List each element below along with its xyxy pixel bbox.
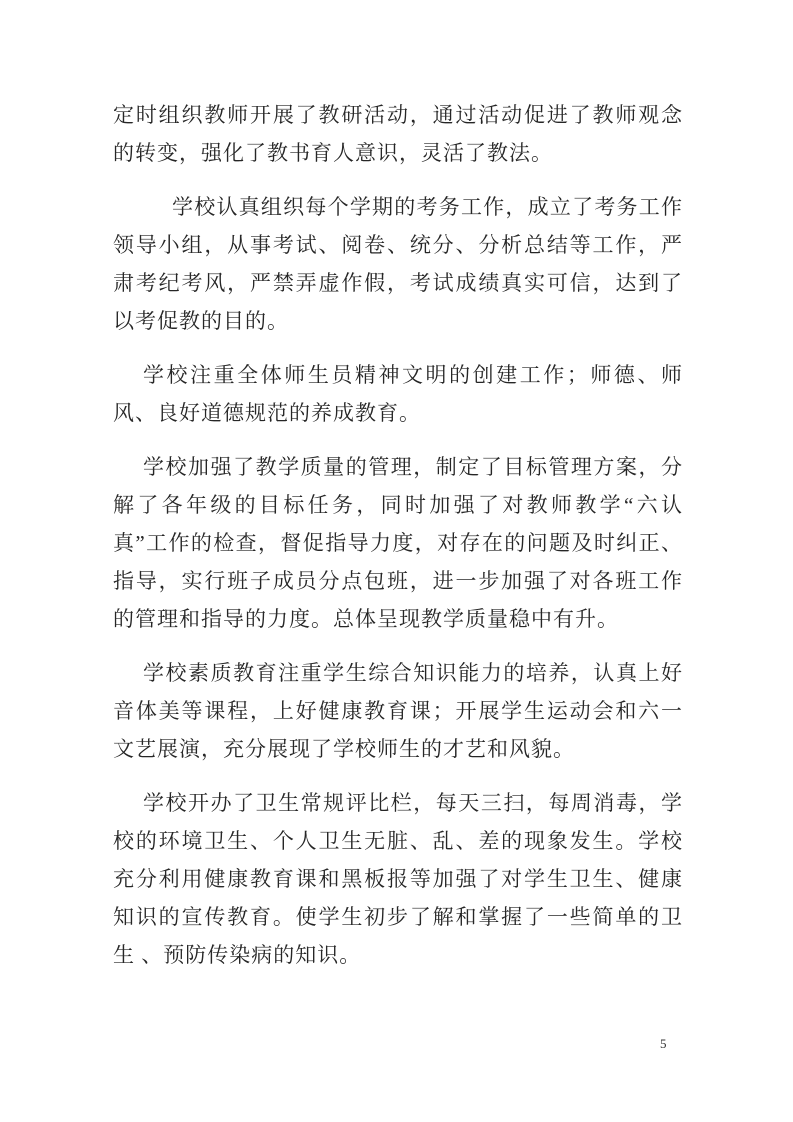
paragraph: 学校开办了卫生常规评比栏，每天三扫，每周消毒，学校的环境卫生、个人卫生无脏、乱、… (113, 784, 683, 974)
page-number: 5 (660, 1036, 667, 1052)
document-page: 定时组织教师开展了教研活动，通过活动促进了教师观念的转变，强化了教书育人意识，灵… (0, 0, 793, 1122)
paragraph: 学校加强了教学质量的管理，制定了目标管理方案，分解了各年级的目标任务，同时加强了… (113, 448, 683, 638)
paragraph-continuation: 定时组织教师开展了教研活动，通过活动促进了教师观念的转变，强化了教书育人意识，灵… (113, 96, 683, 172)
document-body: 定时组织教师开展了教研活动，通过活动促进了教师观念的转变，强化了教书育人意识，灵… (113, 96, 683, 974)
paragraph: 学校认真组织每个学期的考务工作，成立了考务工作领导小组，从事考试、阅卷、统分、分… (113, 188, 683, 340)
paragraph: 学校素质教育注重学生综合知识能力的培养，认真上好音体美等课程，上好健康教育课；开… (113, 654, 683, 768)
paragraph: 学校注重全体师生员精神文明的创建工作；师德、师风、良好道德规范的养成教育。 (113, 356, 683, 432)
